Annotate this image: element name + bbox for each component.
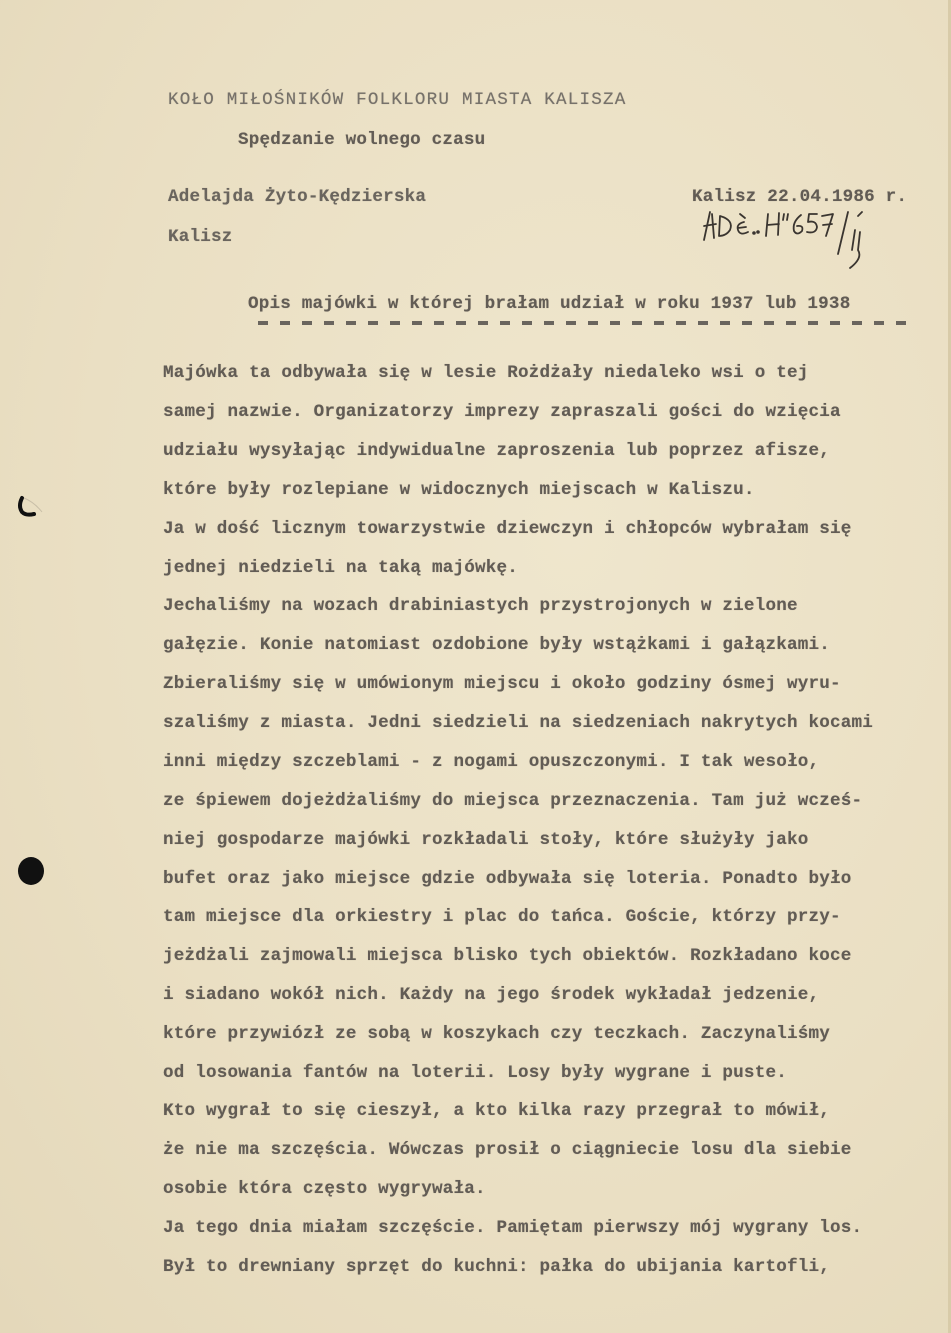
author-name: Adelajda Żyto-Kędzierska — [168, 187, 426, 207]
body-line: inni między szczeblami - z nogami opuszc… — [163, 752, 819, 772]
body-line: które przywiózł ze sobą w koszykach czy … — [163, 1024, 830, 1044]
body-line: Majówka ta odbywała się w lesie Rożdżały… — [163, 363, 808, 383]
body-line: samej nazwie. Organizatorzy imprezy zapr… — [163, 402, 841, 422]
body-line: szaliśmy z miasta. Jedni siedzieli na si… — [163, 713, 873, 733]
body-line: jeżdżali zajmowali miejsca blisko tych o… — [163, 946, 852, 966]
body-line: które były rozlepiane w widocznych miejs… — [163, 480, 755, 500]
body-line: niej gospodarze majówki rozkładali stoły… — [163, 830, 808, 850]
body-line: Zbieraliśmy się w umówionym miejscu i ok… — [163, 674, 841, 694]
body-line: Ja w dość licznym towarzystwie dziewczyn… — [163, 519, 852, 539]
title-underline-dashes — [258, 321, 913, 325]
body-line: od losowania fantów na loterii. Losy był… — [163, 1063, 787, 1083]
body-line: i siadano wokół nich. Każdy na jego środ… — [163, 985, 819, 1005]
document-title: Opis majówki w której brałam udział w ro… — [248, 294, 850, 314]
author-place: Kalisz — [168, 227, 233, 247]
body-line: gałęzie. Konie natomiast ozdobione były … — [163, 635, 830, 655]
handwritten-archive-signature — [700, 210, 910, 285]
body-line: jednej niedzieli na taką majówkę. — [163, 558, 518, 578]
body-line: Jechaliśmy na wozach drabiniastych przys… — [163, 596, 798, 616]
body-line: Był to drewniany sprzęt do kuchni: pałka… — [163, 1257, 830, 1277]
body-line: osobie która często wygrywała. — [163, 1179, 486, 1199]
body-line: ze śpiewem dojeżdżaliśmy do miejsca prze… — [163, 791, 862, 811]
body-line: że nie ma szczęścia. Wówczas prosił o ci… — [163, 1140, 852, 1160]
date-line: Kalisz 22.04.1986 r. — [692, 187, 907, 207]
punch-hole — [18, 857, 44, 885]
document-subtitle: Spędzanie wolnego czasu — [238, 130, 485, 150]
body-line: bufet oraz jako miejsce gdzie odbywała s… — [163, 869, 852, 889]
body-line: tam miejsce dla orkiestry i plac do tańc… — [163, 907, 841, 927]
organization-header: KOŁO MIŁOŚNIKÓW FOLKLORU MIASTA KALISZA — [168, 90, 627, 110]
body-line: Ja tego dnia miałam szczęście. Pamiętam … — [163, 1218, 862, 1238]
body-line: Kto wygrał to się cieszył, a kto kilka r… — [163, 1101, 830, 1121]
margin-ink-mark-icon — [16, 494, 44, 518]
body-line: udziału wysyłając indywidualne zaproszen… — [163, 441, 830, 461]
document-page: KOŁO MIŁOŚNIKÓW FOLKLORU MIASTA KALISZA … — [0, 0, 951, 1333]
